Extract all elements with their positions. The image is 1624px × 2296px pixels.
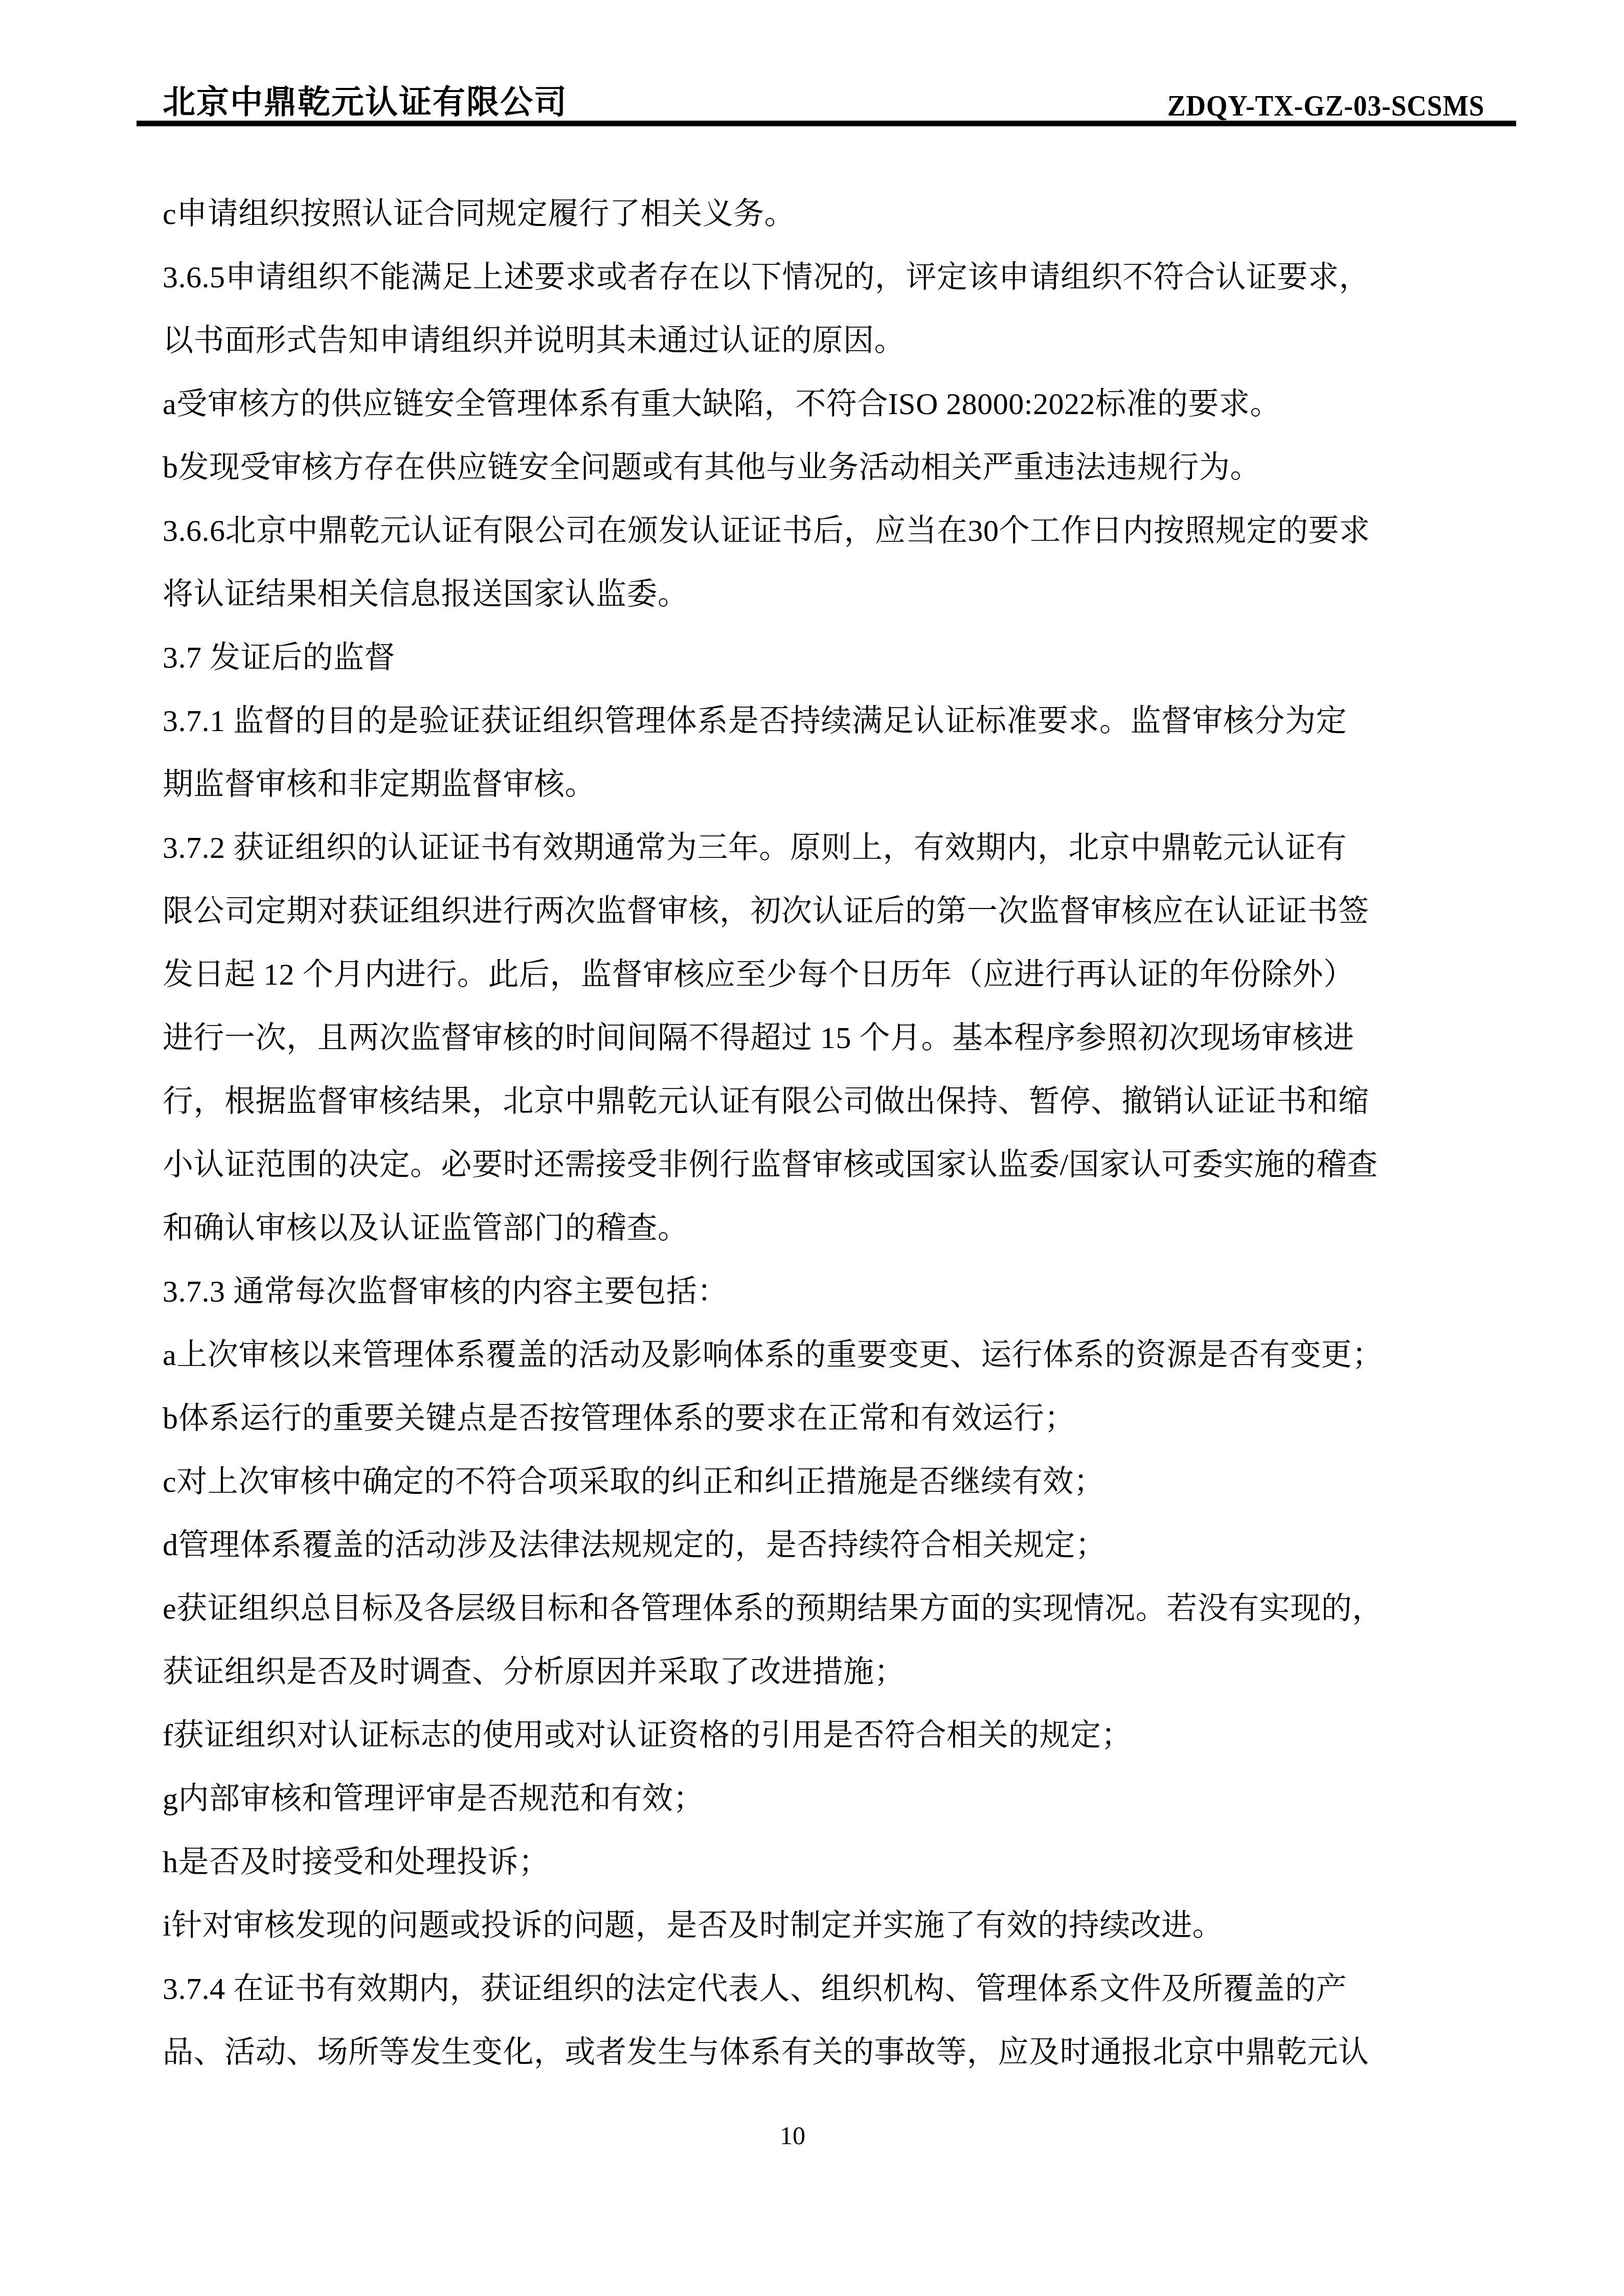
text-line-25: f获证组织对认证标志的使用或对认证资格的引用是否符合相关的规定； [163,1703,1486,1767]
text-line-9: 3.7.1 监督的目的是验证获证组织管理体系是否持续满足认证标准要求。监督审核分… [163,689,1486,753]
text-line-27: h是否及时接受和处理投诉； [163,1830,1486,1894]
text-line-5: b发现受审核方存在供应链安全问题或有其他与业务活动相关严重违法违规行为。 [163,436,1486,499]
text-line-13: 发日起 12 个月内进行。此后，监督审核应至少每个日历年（应进行再认证的年份除外… [163,943,1486,1006]
text-line-10: 期监督审核和非定期监督审核。 [163,753,1486,816]
text-line-16: 小认证范围的决定。必要时还需接受非例行监督审核或国家认监委/国家认可委实施的稽查 [163,1133,1486,1196]
page-header: 北京中鼎乾元认证有限公司 ZDQY-TX-GZ-03-SCSMS [163,72,1484,123]
text-line-29: 3.7.4 在证书有效期内，获证组织的法定代表人、组织机构、管理体系文件及所覆盖… [163,1957,1486,2020]
text-line-19: a上次审核以来管理体系覆盖的活动及影响体系的重要变更、运行体系的资源是否有变更； [163,1323,1486,1386]
text-line-15: 行，根据监督审核结果，北京中鼎乾元认证有限公司做出保持、暂停、撤销认证证书和缩 [163,1070,1486,1133]
text-line-18: 3.7.3 通常每次监督审核的内容主要包括： [163,1260,1486,1323]
section-heading-3-7: 3.7 发证后的监督 [163,626,1486,689]
text-line-3: 以书面形式告知申请组织并说明其未通过认证的原因。 [163,309,1486,372]
document-code: ZDQY-TX-GZ-03-SCSMS [1167,88,1484,123]
text-line-22: d管理体系覆盖的活动涉及法律法规规定的，是否持续符合相关规定； [163,1513,1486,1577]
text-line-23: e获证组织总目标及各层级目标和各管理体系的预期结果方面的实现情况。若没有实现的， [163,1577,1486,1640]
company-name: 北京中鼎乾元认证有限公司 [163,76,568,123]
text-line-17: 和确认审核以及认证监管部门的稽查。 [163,1196,1486,1260]
text-line-24: 获证组织是否及时调查、分析原因并采取了改进措施； [163,1640,1486,1703]
text-line-30: 品、活动、场所等发生变化，或者发生与体系有关的事故等，应及时通报北京中鼎乾元认 [163,2020,1486,2084]
text-line-1: c申请组织按照认证合同规定履行了相关义务。 [163,182,1486,245]
text-line-7: 将认证结果相关信息报送国家认监委。 [163,562,1486,626]
text-line-11: 3.7.2 获证组织的认证证书有效期通常为三年。原则上，有效期内，北京中鼎乾元认… [163,816,1486,879]
text-line-28: i针对审核发现的问题或投诉的问题，是否及时制定并实施了有效的持续改进。 [163,1894,1486,1957]
page-footer: 10 [0,2121,1585,2150]
text-line-14: 进行一次，且两次监督审核的时间间隔不得超过 15 个月。基本程序参照初次现场审核… [163,1006,1486,1070]
header-divider-rule [137,121,1516,126]
text-line-4: a受审核方的供应链安全管理体系有重大缺陷，不符合ISO 28000:2022标准… [163,372,1486,436]
text-line-26: g内部审核和管理评审是否规范和有效； [163,1767,1486,1830]
text-line-12: 限公司定期对获证组织进行两次监督审核，初次认证后的第一次监督审核应在认证证书签 [163,879,1486,943]
text-line-20: b体系运行的重要关键点是否按管理体系的要求在正常和有效运行； [163,1386,1486,1450]
text-line-21: c对上次审核中确定的不符合项采取的纠正和纠正措施是否继续有效； [163,1450,1486,1513]
text-line-6: 3.6.6北京中鼎乾元认证有限公司在颁发认证证书后，应当在30个工作日内按照规定… [163,499,1486,562]
page-number: 10 [780,2121,805,2150]
document-body: c申请组织按照认证合同规定履行了相关义务。 3.6.5申请组织不能满足上述要求或… [163,182,1486,2084]
document-page: 北京中鼎乾元认证有限公司 ZDQY-TX-GZ-03-SCSMS c申请组织按照… [0,0,1624,2296]
text-line-2: 3.6.5申请组织不能满足上述要求或者存在以下情况的，评定该申请组织不符合认证要… [163,245,1486,309]
